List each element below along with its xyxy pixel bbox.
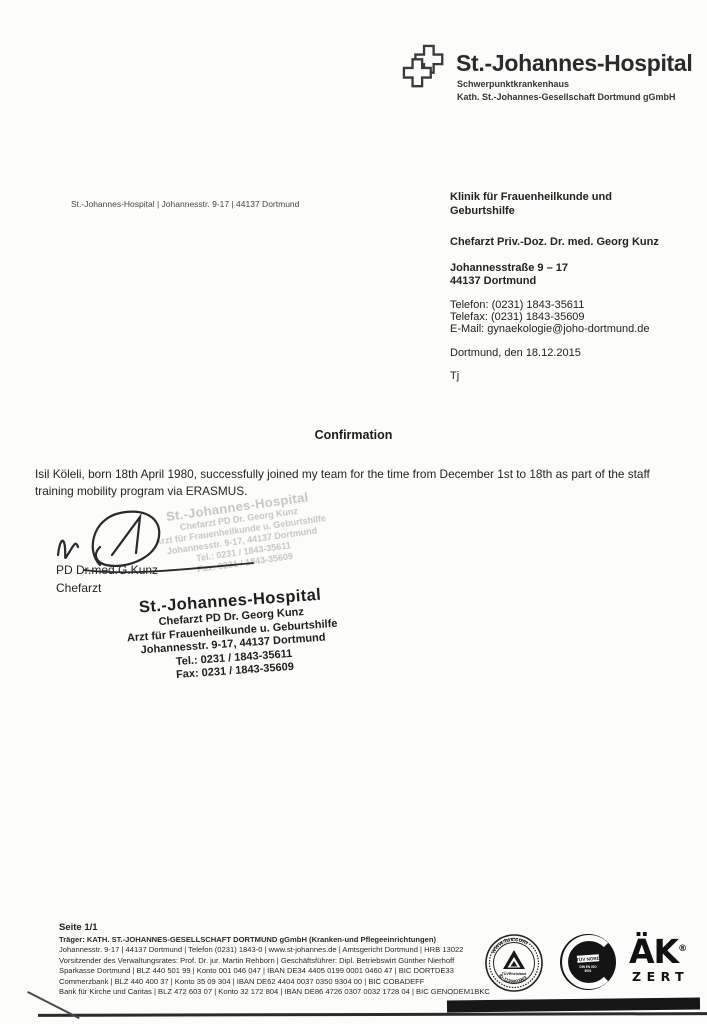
scanned-letter-page: St.-Johannes-Hospital Schwerpunktkranken… [0, 0, 707, 1024]
svg-text:TÜVRheinland: TÜVRheinland [502, 971, 527, 976]
doctor-stamp: St.-Johannes-Hospital Chefarzt PD Dr. Ge… [77, 581, 387, 689]
svg-text:9001: 9001 [584, 969, 591, 973]
footer-line: Bank für Kirche und Caritas | BLZ 472 60… [59, 987, 490, 997]
hospital-subtitle: Schwerpunktkrankenhaus [457, 79, 569, 89]
clinic-phone: Telefon: (0231) 1843-35611 [450, 299, 584, 311]
footer-line: Träger: KATH. ST.-JOHANNES-GESELLSCHAFT … [59, 935, 490, 945]
chief-physician-line: Chefarzt Priv.-Doz. Dr. med. Georg Kunz [450, 236, 659, 248]
reference-initials: Tj [450, 370, 459, 382]
page-number: Seite 1/1 [59, 922, 490, 933]
footer-line: Sparkasse Dortmund | BLZ 440 501 99 | Ko… [59, 966, 490, 976]
clinic-name-line1: Klinik für Frauenheilkunde und [450, 191, 612, 203]
aek-zert-brand: ÄK® [629, 933, 701, 968]
clinic-street: Johannesstraße 9 – 17 [450, 262, 568, 274]
clinic-fax: Telefax: (0231) 1843-35609 [450, 311, 585, 323]
hospital-name: St.-Johannes-Hospital [456, 50, 693, 77]
clinic-name-line2: Geburtshilfe [450, 205, 515, 217]
registered-trademark-icon: ® [678, 944, 686, 954]
scan-artifact-bottom-line [38, 1012, 707, 1017]
aek-zert-logo: ÄK® ZERT [629, 933, 701, 984]
letter-body-paragraph: Isil Köleli, born 18th April 1980, succe… [35, 466, 687, 500]
scan-artifact-black-bar [447, 997, 700, 1012]
footer-line: Commerzbank | BLZ 440 400 37 | Konto 35 … [59, 977, 490, 987]
footer-line: Vorsitzender des Verwaltungsrates: Prof.… [59, 956, 490, 966]
footer-block: Seite 1/1 Träger: KATH. ST.-JOHANNES-GES… [59, 922, 490, 997]
letter-heading: Confirmation [0, 428, 707, 442]
hospital-cross-logo-icon [402, 44, 448, 95]
sender-address-line: St.-Johannes-Hospital | Johannesstr. 9-1… [71, 199, 299, 209]
clinic-city: 44137 Dortmund [450, 275, 536, 287]
signer-name: PD Dr.med.G.Kunz [56, 563, 158, 577]
tuv-nord-seal-icon: TÜV NORD DIN EN ISO 9001 [557, 931, 619, 998]
aek-zert-label: ZERT [629, 969, 701, 984]
signer-title: Chefarzt [56, 581, 101, 595]
hospital-organization: Kath. St.-Johannes-Gesellschaft Dortmund… [457, 92, 676, 102]
date-line: Dortmund, den 18.12.2015 [450, 347, 581, 359]
footer-line: Johannesstr. 9-17 | 44137 Dortmund | Tel… [59, 945, 490, 955]
clinic-email: E-Mail: gynaekologie@joho-dortmund.de [450, 323, 650, 335]
tuv-rheinland-seal-icon: www.tuv.com ID-1136050963 TÜVRheinland [484, 933, 544, 998]
handwritten-signature [48, 503, 278, 593]
